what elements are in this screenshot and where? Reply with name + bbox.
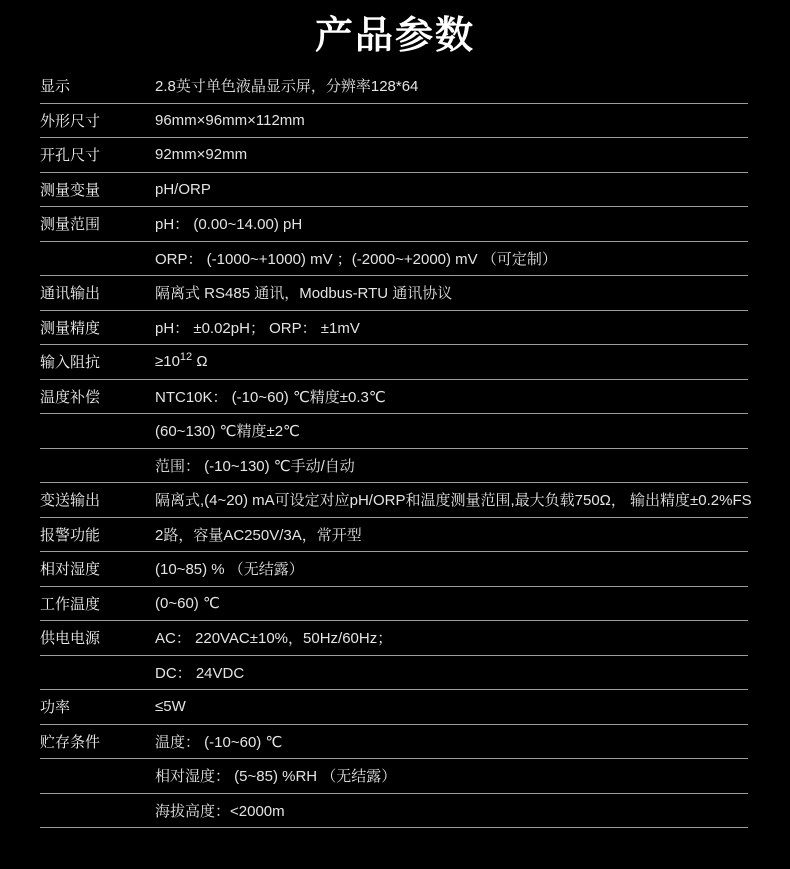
row-value: AC： 220VAC±10%，50Hz/60Hz； — [155, 627, 392, 648]
row-label: 工作温度 — [40, 593, 155, 614]
row-value: 海拔高度：<2000m — [155, 800, 285, 821]
row-label: 报警功能 — [40, 524, 155, 545]
table-row: 显示2.8英寸单色液晶显示屏，分辨率128*64 — [40, 69, 748, 104]
table-row: DC： 24VDC — [40, 656, 748, 691]
row-label: 输入阻抗 — [40, 351, 155, 372]
row-value: 温度： (-10~60) ℃ — [155, 731, 282, 752]
table-row: 测量范围pH： (0.00~14.00) pH — [40, 207, 748, 242]
row-value: 范围： (-10~130) ℃手动/自动 — [155, 455, 355, 476]
superscript-exponent: 12 — [180, 351, 192, 363]
row-value: DC： 24VDC — [155, 662, 244, 683]
row-value: NTC10K： (-10~60) ℃精度±0.3℃ — [155, 386, 386, 407]
row-label: 通讯输出 — [40, 282, 155, 303]
row-value: ≥1012 Ω — [155, 353, 208, 370]
row-label: 温度补偿 — [40, 386, 155, 407]
row-value: (0~60) ℃ — [155, 594, 220, 612]
table-row: ORP： (-1000~+1000) mV ；(-2000~+2000) mV … — [40, 242, 748, 277]
table-row: 测量精度pH： ±0.02pH； ORP： ±1mV — [40, 311, 748, 346]
row-label: 显示 — [40, 75, 155, 96]
table-row: 供电电源AC： 220VAC±10%，50Hz/60Hz； — [40, 621, 748, 656]
table-row: 工作温度(0~60) ℃ — [40, 587, 748, 622]
row-label: 测量变量 — [40, 179, 155, 200]
row-value: 隔离式 RS485 通讯，Modbus-RTU 通讯协议 — [155, 282, 452, 303]
row-value: (10~85) % （无结露） — [155, 558, 304, 579]
table-row: 海拔高度：<2000m — [40, 794, 748, 829]
row-value: ≤5W — [155, 698, 186, 715]
row-label: 外形尺寸 — [40, 110, 155, 131]
table-row: 输入阻抗≥1012 Ω — [40, 345, 748, 380]
row-label: 供电电源 — [40, 627, 155, 648]
row-value: 隔离式,(4~20) mA可设定对应pH/ORP和温度测量范围,最大负载750Ω… — [155, 489, 752, 510]
table-row: 开孔尺寸92mm×92mm — [40, 138, 748, 173]
table-row: (60~130) ℃精度±2℃ — [40, 414, 748, 449]
row-label: 功率 — [40, 696, 155, 717]
row-label: 测量精度 — [40, 317, 155, 338]
table-row: 范围： (-10~130) ℃手动/自动 — [40, 449, 748, 484]
row-value: 92mm×92mm — [155, 146, 247, 163]
row-value: 96mm×96mm×112mm — [155, 112, 305, 129]
table-row: 温度补偿NTC10K： (-10~60) ℃精度±0.3℃ — [40, 380, 748, 415]
row-label: 相对湿度 — [40, 558, 155, 579]
row-value: pH： (0.00~14.00) pH — [155, 213, 302, 234]
row-label: 贮存条件 — [40, 731, 155, 752]
row-value: 2.8英寸单色液晶显示屏，分辨率128*64 — [155, 75, 418, 96]
table-row: 贮存条件温度： (-10~60) ℃ — [40, 725, 748, 760]
row-value: 2路，容量AC250V/3A，常开型 — [155, 524, 362, 545]
row-label: 测量范围 — [40, 213, 155, 234]
product-parameters-page: 产品参数 显示2.8英寸单色液晶显示屏，分辨率128*64外形尺寸96mm×96… — [0, 0, 790, 869]
row-value: 相对湿度： (5~85) %RH （无结露） — [155, 765, 396, 786]
page-title: 产品参数 — [0, 0, 790, 58]
row-label: 开孔尺寸 — [40, 144, 155, 165]
table-row: 相对湿度(10~85) % （无结露） — [40, 552, 748, 587]
table-row: 功率≤5W — [40, 690, 748, 725]
row-value: pH/ORP — [155, 181, 211, 198]
table-row: 通讯输出隔离式 RS485 通讯，Modbus-RTU 通讯协议 — [40, 276, 748, 311]
row-value: pH： ±0.02pH； ORP： ±1mV — [155, 317, 360, 338]
spec-table: 显示2.8英寸单色液晶显示屏，分辨率128*64外形尺寸96mm×96mm×11… — [40, 69, 748, 828]
table-row: 测量变量pH/ORP — [40, 173, 748, 208]
table-row: 变送输出隔离式,(4~20) mA可设定对应pH/ORP和温度测量范围,最大负载… — [40, 483, 748, 518]
table-row: 外形尺寸96mm×96mm×112mm — [40, 104, 748, 139]
row-value: (60~130) ℃精度±2℃ — [155, 420, 300, 441]
row-value: ORP： (-1000~+1000) mV ；(-2000~+2000) mV … — [155, 248, 557, 269]
table-row: 报警功能2路，容量AC250V/3A，常开型 — [40, 518, 748, 553]
row-label: 变送输出 — [40, 489, 155, 510]
table-row: 相对湿度： (5~85) %RH （无结露） — [40, 759, 748, 794]
